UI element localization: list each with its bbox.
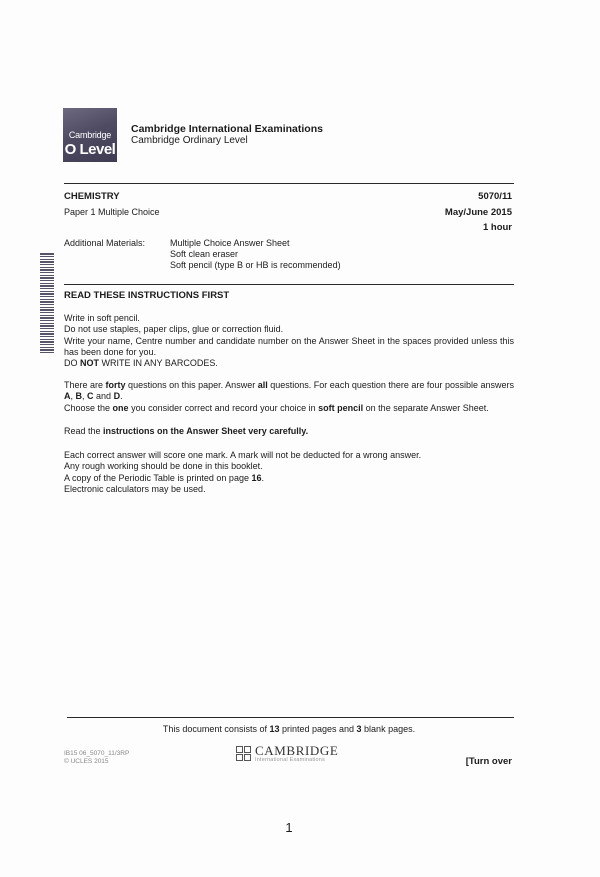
materials-label: Additional Materials: [64,238,145,248]
instruction-line: Electronic calculators may be used. [64,484,514,495]
instruction-line: Each correct answer will score one mark.… [64,450,514,461]
cambridge-subtitle: International Examinations [255,757,325,763]
page-count-note: This document consists of 13 printed pag… [0,724,578,734]
instructions-heading: READ THESE INSTRUCTIONS FIRST [64,290,229,301]
instructions-divider [64,284,514,285]
doc-code: IB15 06_5070_11/3RP [64,750,129,758]
turn-over-label: [Turn over [466,756,512,767]
footer-divider [67,717,514,718]
page-number: 1 [0,820,578,835]
exam-session: May/June 2015 [445,207,512,218]
instructions-block-answer-sheet: Read the instructions on the Answer Shee… [64,426,514,437]
subject-title: CHEMISTRY [64,191,120,202]
instruction-line-barcodes: DO NOT WRITE IN ANY BARCODES. [64,358,514,369]
instruction-line: Do not use staples, paper clips, glue or… [64,324,514,335]
header-divider [64,183,514,184]
instruction-line: Read the instructions on the Answer Shee… [64,426,514,437]
barcode-warning: DO NOT WRITE IN ANY BARCODES. [64,358,218,368]
materials-item: Multiple Choice Answer Sheet [170,238,341,249]
copyright: © UCLES 2015 [64,758,129,766]
instructions-block-questions: There are forty questions on this paper.… [64,380,514,414]
paper-code: 5070/11 [478,191,512,202]
document-code: IB15 06_5070_11/3RP © UCLES 2015 [64,750,129,766]
instruction-line: There are forty questions on this paper.… [64,380,514,403]
instructions-block-general: Write in soft pencil. Do not use staples… [64,313,514,369]
barcode [40,253,54,355]
logo-line-2: O Level [63,141,117,158]
logo-line-1: Cambridge [63,130,117,140]
paper-title: Paper 1 Multiple Choice [64,207,160,217]
instruction-line: Write in soft pencil. [64,313,514,324]
qualification-name: Cambridge Ordinary Level [131,135,248,146]
organization-name: Cambridge International Examinations [131,123,323,135]
cambridge-o-level-logo: Cambridge O Level [63,108,117,162]
exam-duration: 1 hour [483,222,512,233]
materials-item: Soft clean eraser [170,249,341,260]
instruction-line: A copy of the Periodic Table is printed … [64,473,514,484]
instruction-line: Any rough working should be done in this… [64,461,514,472]
instruction-line: Choose the one you consider correct and … [64,403,514,414]
instructions-block-marking: Each correct answer will score one mark.… [64,450,514,495]
materials-list: Multiple Choice Answer Sheet Soft clean … [170,238,341,271]
cambridge-shield-icon [235,745,251,761]
materials-item: Soft pencil (type B or HB is recommended… [170,260,341,271]
instruction-line: Write your name, Centre number and candi… [64,336,514,359]
